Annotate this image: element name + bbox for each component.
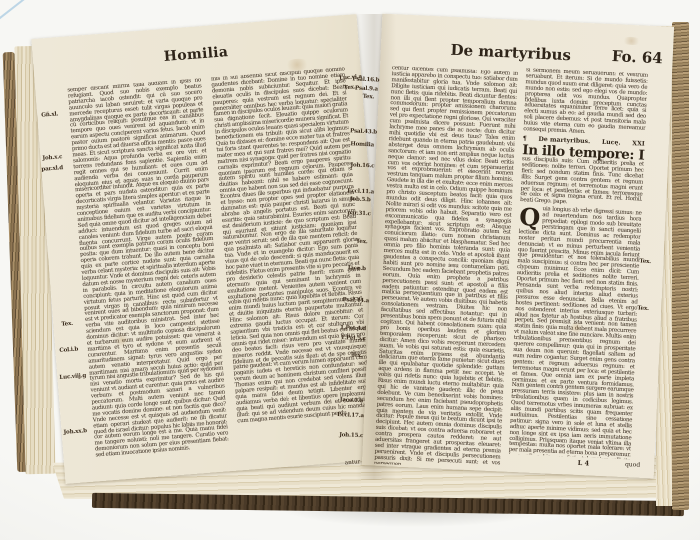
margin-citation: Joh.xx.b <box>63 428 87 436</box>
gutter-shadow <box>356 14 396 480</box>
folio-number: Fo. 64 <box>611 47 663 67</box>
pericope-text: sus discipulis suis: Cum audieritis prel… <box>520 157 644 210</box>
margin-citation: Gñ.xl. <box>41 111 58 118</box>
margin-citation: Luc.viij.g <box>59 373 86 381</box>
margin-citation: Joh.x.c <box>42 154 62 161</box>
drop-cap-initial: Q <box>519 207 541 227</box>
right-fore-edge <box>672 22 689 510</box>
right-running-title: De martyribus <box>420 39 601 65</box>
margin-citation: par.xl.d <box>41 165 63 173</box>
margin-citation: Col.i.b <box>59 346 78 353</box>
margin-citation: Tex. <box>61 321 73 328</box>
quire-signature: L 4 <box>578 459 590 468</box>
margin-citation: Tex. <box>637 305 649 312</box>
photo-of-open-book: Homilia Gñ.xl. Joh.x.c par.xl.d Tex. Col… <box>0 0 700 540</box>
homily-continuation: si sermonem meum seruauerunt: et vestrum… <box>523 68 648 138</box>
foxing-spot <box>621 36 641 45</box>
right-page-column-2: si sermonem meum seruauerunt: et vestrum… <box>509 68 648 459</box>
margin-citation: Tex. <box>639 259 651 266</box>
right-page: De martyribus Fo. 64 Psal.16.b Psal.9.a … <box>362 14 674 479</box>
catchword: quod <box>625 461 641 470</box>
homily-body: Q uia longius ab vrbe digressi sumus: ne… <box>509 206 642 459</box>
homily-text: uia longius ab vrbe digressi sumus: ne a… <box>509 206 642 459</box>
left-page-column-1: semper discant infirmi talia audiant in … <box>67 78 231 485</box>
